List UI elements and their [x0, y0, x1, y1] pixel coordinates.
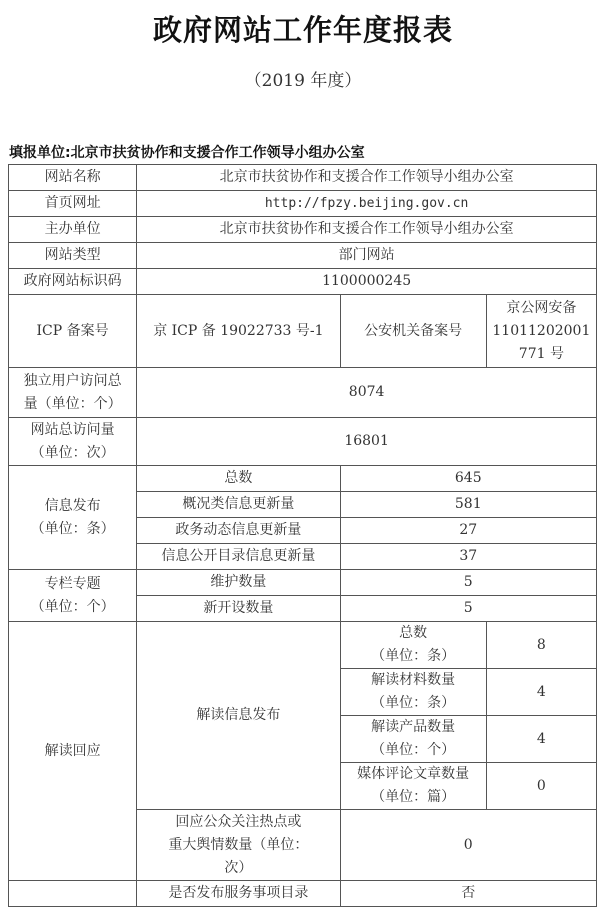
interp-row-label: 媒体评论文章数量（单位：篇） — [340, 763, 486, 810]
interpretation-sub-label: 解读信息发布 — [137, 622, 340, 810]
interp-row-label: 总数（单位：条） — [340, 622, 486, 669]
service-catalog-value: 否 — [340, 881, 596, 907]
report-year: （2019 年度） — [0, 66, 606, 91]
interp-row-label: 解读材料数量（单位：条） — [340, 669, 486, 716]
interp-label-1: 媒体评论文章数量 — [343, 763, 484, 786]
columns-row-value: 5 — [340, 570, 596, 596]
sponsor-label: 主办单位 — [9, 217, 137, 243]
info-row-label: 信息公开目录信息更新量 — [137, 544, 340, 570]
row-service-catalog: 是否发布服务事项目录 否 — [9, 881, 597, 907]
interp-row-value: 0 — [486, 763, 596, 810]
info-release-label-1: 信息发布 — [11, 495, 134, 518]
interp-label-2: （单位：篇） — [343, 786, 484, 809]
police-value-line-3: 771 号 — [489, 343, 594, 366]
reporting-unit-value: 北京市扶贫协作和支援合作工作领导小组办公室 — [71, 145, 365, 161]
page-title: 政府网站工作年度报表 — [0, 8, 606, 49]
response-label-2: 重大舆情数量（单位： — [139, 834, 337, 857]
info-row-label: 政务动态信息更新量 — [137, 518, 340, 544]
police-value-line-1: 京公网安备 — [489, 297, 594, 320]
response-label-1: 回应公众关注热点或 — [139, 811, 337, 834]
total-visits-label-1: 网站总访问量 — [11, 419, 134, 442]
homepage-value[interactable]: http://fpzy.beijing.gov.cn — [137, 191, 597, 217]
info-row-value: 581 — [340, 492, 596, 518]
total-visits-label: 网站总访问量（单位：次） — [9, 418, 137, 466]
interpretation-label: 解读回应 — [9, 622, 137, 881]
site-name-label: 网站名称 — [9, 165, 137, 191]
police-record-label: 公安机关备案号 — [340, 295, 486, 368]
unique-visitors-label-1: 独立用户访问总 — [11, 370, 134, 393]
info-release-label-2: （单位：条） — [11, 518, 134, 541]
row-columns-maintained: 专栏专题（单位：个） 维护数量 5 — [9, 570, 597, 596]
service-catalog-label: 是否发布服务事项目录 — [137, 881, 340, 907]
columns-label-1: 专栏专题 — [11, 573, 134, 596]
interp-label-2: （单位：条） — [343, 692, 484, 715]
response-label-3: 次） — [139, 857, 337, 880]
row-site-type: 网站类型 部门网站 — [9, 243, 597, 269]
site-name-value: 北京市扶贫协作和支援合作工作领导小组办公室 — [137, 165, 597, 191]
reporting-unit: 填报单位:北京市扶贫协作和支援合作工作领导小组办公室 — [9, 142, 365, 162]
columns-row-value: 5 — [340, 596, 596, 622]
columns-label-2: （单位：个） — [11, 596, 134, 619]
site-id-label: 政府网站标识码 — [9, 269, 137, 295]
response-value: 0 — [340, 810, 596, 881]
columns-row-label: 维护数量 — [137, 570, 340, 596]
row-icp: ICP 备案号 京 ICP 备 19022733 号-1 公安机关备案号 京公网… — [9, 295, 597, 368]
row-sponsor: 主办单位 北京市扶贫协作和支援合作工作领导小组办公室 — [9, 217, 597, 243]
interp-row-value: 4 — [486, 669, 596, 716]
sponsor-value: 北京市扶贫协作和支援合作工作领导小组办公室 — [137, 217, 597, 243]
service-catalog-empty — [9, 881, 137, 907]
row-site-id: 政府网站标识码 1100000245 — [9, 269, 597, 295]
icp-label: ICP 备案号 — [9, 295, 137, 368]
site-type-value: 部门网站 — [137, 243, 597, 269]
row-interp-total: 解读回应 解读信息发布 总数（单位：条） 8 — [9, 622, 597, 669]
info-release-label: 信息发布（单位：条） — [9, 466, 137, 570]
interp-row-value: 8 — [486, 622, 596, 669]
row-homepage: 首页网址 http://fpzy.beijing.gov.cn — [9, 191, 597, 217]
row-unique-visitors: 独立用户访问总量（单位：个） 8074 — [9, 368, 597, 418]
info-row-value: 37 — [340, 544, 596, 570]
total-visits-label-2: （单位：次） — [11, 442, 134, 465]
row-info-total: 信息发布（单位：条） 总数 645 — [9, 466, 597, 492]
report-table: 网站名称 北京市扶贫协作和支援合作工作领导小组办公室 首页网址 http://f… — [8, 164, 597, 907]
site-type-label: 网站类型 — [9, 243, 137, 269]
interp-label-1: 总数 — [343, 622, 484, 645]
interp-label-2: （单位：条） — [343, 645, 484, 668]
info-row-value: 27 — [340, 518, 596, 544]
columns-label: 专栏专题（单位：个） — [9, 570, 137, 622]
total-visits-value: 16801 — [137, 418, 597, 466]
interp-label-1: 解读材料数量 — [343, 669, 484, 692]
police-record-value: 京公网安备11011202001771 号 — [486, 295, 596, 368]
interp-label-2: （单位：个） — [343, 739, 484, 762]
info-row-label: 总数 — [137, 466, 340, 492]
homepage-label: 首页网址 — [9, 191, 137, 217]
columns-row-label: 新开设数量 — [137, 596, 340, 622]
interp-row-label: 解读产品数量（单位：个） — [340, 716, 486, 763]
info-row-value: 645 — [340, 466, 596, 492]
reporting-unit-label: 填报单位: — [9, 145, 71, 161]
unique-visitors-value: 8074 — [137, 368, 597, 418]
row-total-visits: 网站总访问量（单位：次） 16801 — [9, 418, 597, 466]
interp-label-1: 解读产品数量 — [343, 716, 484, 739]
unique-visitors-label: 独立用户访问总量（单位：个） — [9, 368, 137, 418]
site-id-value: 1100000245 — [137, 269, 597, 295]
response-label: 回应公众关注热点或重大舆情数量（单位：次） — [137, 810, 340, 881]
row-site-name: 网站名称 北京市扶贫协作和支援合作工作领导小组办公室 — [9, 165, 597, 191]
police-value-line-2: 11011202001 — [489, 320, 594, 343]
unique-visitors-label-2: 量（单位：个） — [11, 393, 134, 416]
icp-value: 京 ICP 备 19022733 号-1 — [137, 295, 340, 368]
info-row-label: 概况类信息更新量 — [137, 492, 340, 518]
interp-row-value: 4 — [486, 716, 596, 763]
